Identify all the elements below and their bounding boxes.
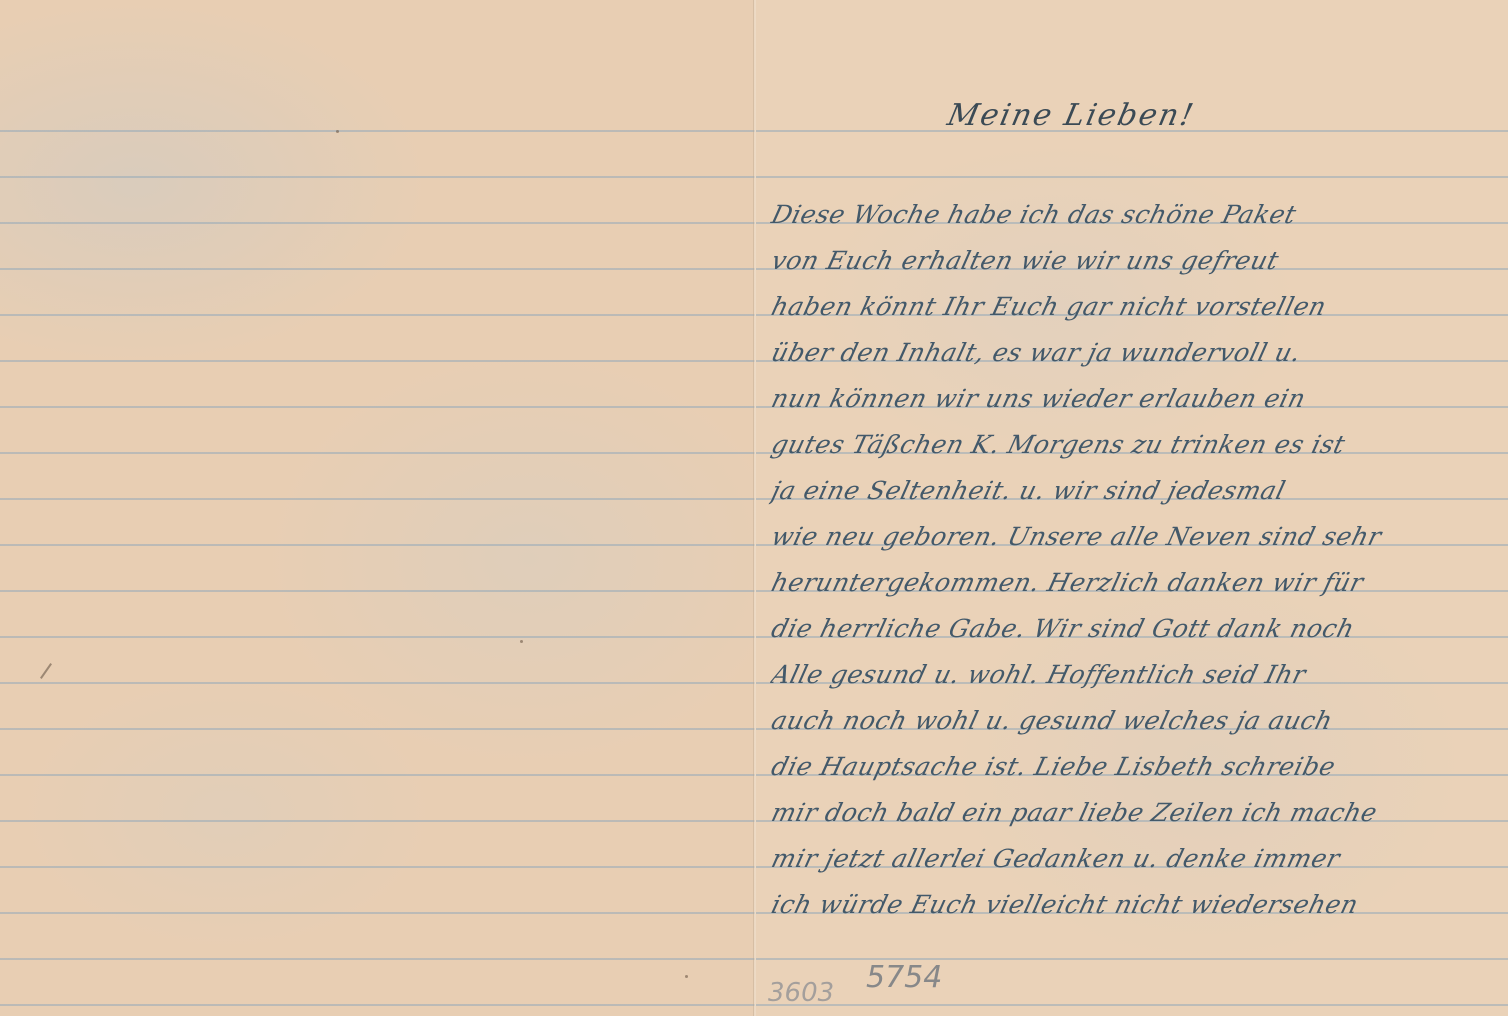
paper-speck <box>520 640 523 643</box>
letter-line: mir doch bald ein paar liebe Zeilen ich … <box>768 798 1505 828</box>
letter-line: über den Inhalt, es war ja wundervoll u. <box>768 338 1505 368</box>
paper-speck <box>336 130 339 133</box>
letter-line: die Hauptsache ist. Liebe Lisbeth schrei… <box>768 752 1505 782</box>
letter-salutation: Meine Lieben! <box>944 98 1198 133</box>
letter-line: Alle gesund u. wohl. Hoffentlich seid Ih… <box>768 660 1505 690</box>
paper-speck <box>685 975 688 978</box>
letter-line: auch noch wohl u. gesund welches ja auch <box>768 706 1505 736</box>
letter-line: haben könnt Ihr Euch gar nicht vorstelle… <box>768 292 1505 322</box>
letter-line: mir jetzt allerlei Gedanken u. denke imm… <box>768 844 1505 874</box>
pencil-number: 3603 <box>768 978 834 1008</box>
letter-line: ja eine Seltenheit. u. wir sind jedesmal <box>768 476 1505 506</box>
letter-line: Diese Woche habe ich das schöne Paket <box>768 200 1505 230</box>
ruled-lines <box>0 86 755 1016</box>
letter-line: nun können wir uns wieder erlauben ein <box>768 384 1505 414</box>
letter-line: gutes Täßchen K. Morgens zu trinken es i… <box>768 430 1505 460</box>
letter-line: von Euch erhalten wie wir uns gefreut <box>768 246 1505 276</box>
letter-line: ich würde Euch vielleicht nicht wiederse… <box>768 890 1505 920</box>
pencil-number: 5754 <box>866 960 942 995</box>
letter-line: wie neu geboren. Unsere alle Neven sind … <box>768 522 1505 552</box>
letter-line: die herrliche Gabe. Wir sind Gott dank n… <box>768 614 1505 644</box>
letter-line: heruntergekommen. Herzlich danken wir fü… <box>768 568 1505 598</box>
left-page <box>0 0 755 1016</box>
